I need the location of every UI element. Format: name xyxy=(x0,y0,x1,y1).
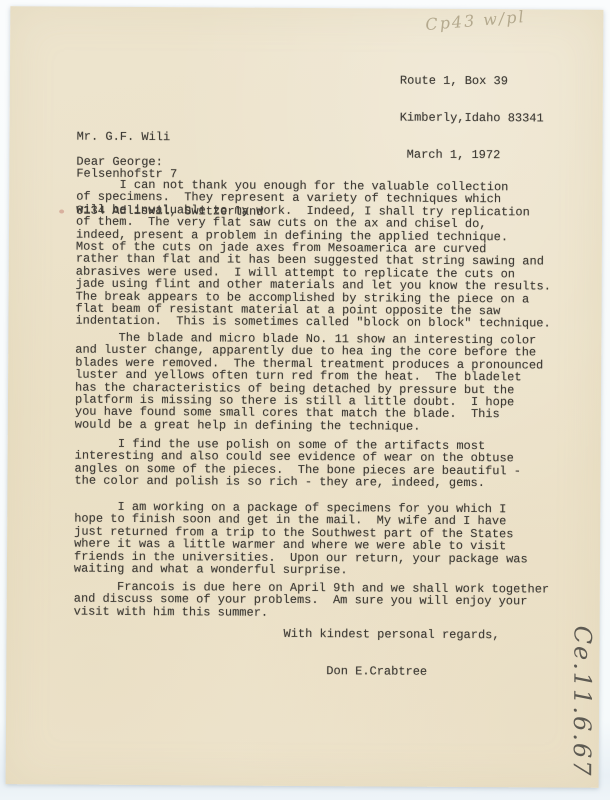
paragraph-4: I am working on a package of specimens f… xyxy=(74,501,579,579)
paragraph-3: I find the use polish on some of the art… xyxy=(74,438,579,491)
paragraph-1: I can not thank you enough for the valua… xyxy=(75,179,581,331)
return-address-line-1: Route 1, Box 39 xyxy=(400,74,544,87)
pencil-annotation: Cp43 w/pl xyxy=(425,7,527,34)
closing-line: With kindest personal regards, xyxy=(284,628,500,642)
signature-name: Don E.Crabtree xyxy=(326,665,427,678)
letter-date: March 1, 1972 xyxy=(399,149,543,162)
scan-background: Cp43 w/pl Route 1, Box 39 Kimberly,Idaho… xyxy=(0,0,610,800)
return-address-block: Route 1, Box 39 Kimberly,Idaho 83341 Mar… xyxy=(399,50,544,187)
paragraph-5: Francois is due here on April 9th and we… xyxy=(74,581,579,621)
recipient-name: Mr. G.F. Wili xyxy=(77,130,264,144)
catalog-number-handwritten: Ce.11.6.67 xyxy=(568,626,597,778)
return-address-line-2: Kimberly,Idaho 83341 xyxy=(400,112,544,125)
paragraph-2: The blade and micro blade No. 11 show an… xyxy=(75,332,581,434)
letter-page: Cp43 w/pl Route 1, Box 39 Kimberly,Idaho… xyxy=(6,6,604,788)
stain-mark xyxy=(59,209,64,213)
salutation: Dear George: xyxy=(76,156,162,169)
